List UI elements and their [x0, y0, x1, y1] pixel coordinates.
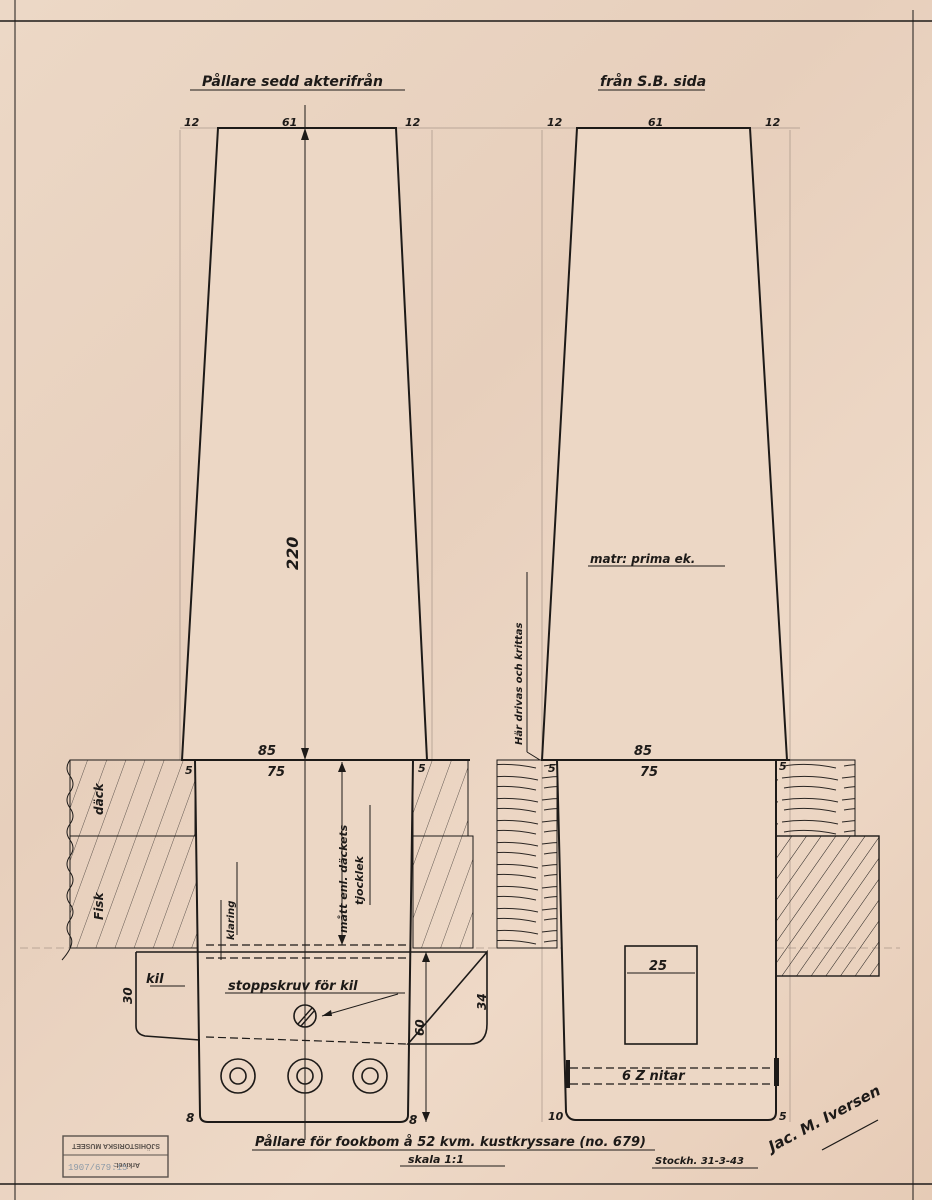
post-side-upper-outline — [542, 128, 787, 760]
dim-side-bottom-right: 5 — [779, 1110, 787, 1123]
label-material: matr: prima ek. — [590, 552, 695, 566]
dim-inset-right: 5 — [418, 762, 426, 775]
label-deck: däck — [92, 782, 106, 815]
left-view-title: Pållare sedd akterifrån — [202, 73, 383, 90]
label-caulk-note: Här drivas och krittas — [514, 623, 525, 745]
technical-drawing: Pållare sedd akterifrån 12 61 12 220 85 … — [0, 0, 932, 1200]
drawing-sheet: Pållare sedd akterifrån 12 61 12 220 85 … — [0, 0, 932, 1200]
dim-side-top-left: 12 — [547, 116, 563, 129]
dim-lower-height: 60 — [413, 1019, 427, 1036]
label-rivets: 6 Z nitar — [622, 1069, 686, 1084]
dim-top-right: 12 — [405, 116, 421, 129]
sheet-border — [0, 0, 932, 1200]
museum-stamp: SJÖHISTORISKA MUSEET Arkivet: 1907/679:1… — [63, 1136, 168, 1177]
dim-bottom-right: 8 — [409, 1113, 417, 1127]
label-stop-screw: stoppskruv för kil — [228, 979, 358, 994]
label-wedge: kil — [146, 972, 164, 987]
right-view-title: från S.B. sida — [600, 73, 706, 90]
dim-side-width-outer: 85 — [634, 744, 652, 759]
drawing-date: Stockh. 31-3-43 — [655, 1156, 744, 1167]
dim-width-inner: 75 — [267, 765, 285, 780]
label-deck-thickness-2: tjocklek — [353, 855, 366, 905]
drawing-title: Pållare för fookbom å 52 kvm. kustkryssa… — [255, 1135, 646, 1150]
label-fish: Fisk — [92, 892, 106, 920]
dim-top-left: 12 — [184, 116, 200, 129]
dim-kil-right: 34 — [475, 993, 489, 1010]
label-clearance: klaring — [226, 901, 237, 940]
dim-side-top-right: 12 — [765, 116, 781, 129]
dim-height: 220 — [283, 537, 302, 570]
stamp-archive-number: 1907/679:15 — [68, 1163, 127, 1173]
dim-side-width-inner: 75 — [640, 765, 658, 780]
deck-section-right — [413, 760, 473, 948]
stamp-museum-name: SJÖHISTORISKA MUSEET — [71, 1142, 160, 1151]
dim-kil-left: 30 — [121, 987, 135, 1004]
dim-side-inset-right: 5 — [779, 760, 787, 773]
right-view: från S.B. sida 12 61 12 matr: prima ek. … — [497, 73, 879, 1123]
dim-width-outer: 85 — [258, 744, 276, 759]
label-deck-thickness-1: mått enl. däckets — [337, 824, 350, 933]
post-side-lower-outline — [557, 760, 776, 1120]
dim-bottom-left: 8 — [186, 1111, 194, 1125]
dim-slot-width: 25 — [649, 959, 667, 974]
left-view: Pållare sedd akterifrån 12 61 12 220 85 … — [62, 73, 489, 1140]
dim-top-mid: 61 — [282, 116, 297, 129]
dim-side-inset-left: 5 — [548, 762, 556, 775]
dim-side-bottom-left: 10 — [548, 1110, 564, 1123]
dim-side-top-mid: 61 — [648, 116, 663, 129]
drawing-scale: skala 1:1 — [408, 1153, 464, 1166]
dim-inset-left: 5 — [185, 764, 193, 777]
deck-section-left — [62, 760, 200, 960]
